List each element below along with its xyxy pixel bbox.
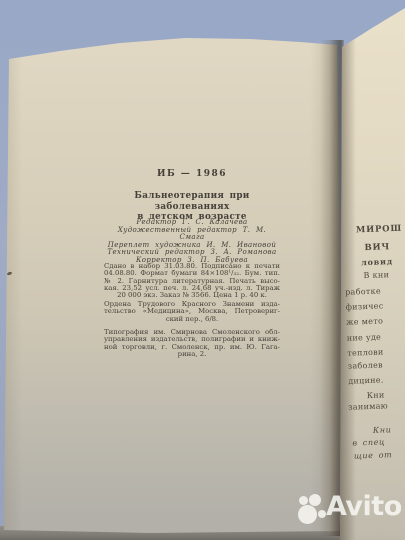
right-fragment: В кни bbox=[363, 270, 389, 280]
avito-watermark: Avito bbox=[288, 489, 405, 535]
editor-line: Художественный редактор Т. М. Смага bbox=[104, 227, 280, 242]
avito-logo-circle bbox=[318, 510, 326, 518]
book-photo: ИБ — 1986 Бальнеотерапия при заболевания… bbox=[0, 0, 405, 540]
right-fragment: заболев bbox=[348, 361, 383, 371]
book-title-line1: Бальнеотерапия при заболеваниях bbox=[104, 191, 280, 212]
publisher-line: ский пер., 6/8. bbox=[104, 316, 280, 323]
right-fragment: ловид bbox=[361, 256, 393, 267]
right-fragment: работке bbox=[345, 287, 381, 297]
right-fragment: МИРОШ bbox=[356, 224, 402, 236]
right-fragment: ВИЧ bbox=[364, 242, 390, 253]
avito-logo-circle bbox=[309, 494, 321, 506]
right-fragment: физичес bbox=[345, 301, 383, 311]
avito-logo-circle bbox=[299, 496, 308, 505]
publisher-paragraph: Ордена Трудового Красного Знамени изда- … bbox=[104, 301, 280, 323]
right-fragment: теплови bbox=[347, 347, 384, 357]
right-fragment: ние уде bbox=[347, 333, 382, 343]
printer-paragraph: Типография им. Смирнова Смоленского обл-… bbox=[104, 329, 280, 358]
right-fragment: Кни bbox=[373, 425, 392, 435]
right-fragment: Кни bbox=[367, 390, 385, 400]
printer-line: рина, 2. bbox=[104, 351, 280, 358]
right-fragment: занимаю bbox=[348, 401, 388, 411]
editors-block: Редактор Г. С. Калачева Художественный р… bbox=[104, 219, 280, 265]
right-fragment: щие от bbox=[354, 450, 393, 460]
imprint-header: ИБ — 1986 bbox=[104, 169, 280, 179]
right-fragment: в спец bbox=[352, 437, 385, 447]
imprint-line: 20 000 экз. Заказ № 3566. Цена 1 р. 40 к… bbox=[104, 292, 280, 299]
avito-watermark-label: Avito bbox=[326, 492, 402, 522]
right-fragment: же мето bbox=[346, 316, 383, 326]
imprint-paragraph: Сдано в набор 31.03.80. Подписано к печа… bbox=[104, 263, 280, 299]
avito-logo-circle bbox=[298, 505, 317, 524]
right-fragment: дицине. bbox=[348, 375, 384, 385]
